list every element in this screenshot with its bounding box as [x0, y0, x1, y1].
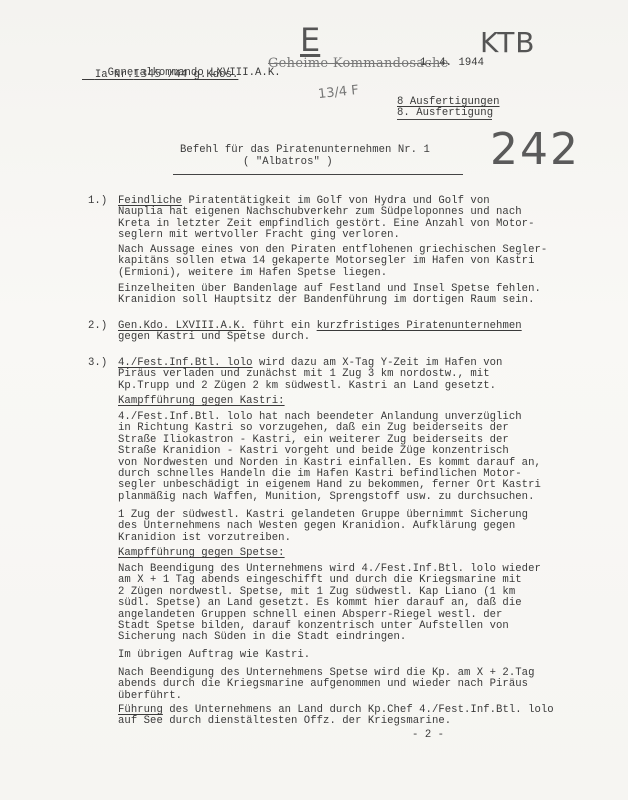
text-line: des Unternehmens nach Westen gegen Krani… [118, 520, 515, 532]
text-line: Nauplia hat eigenen Nachschubverkehr zum… [118, 206, 522, 218]
text-line: Straße Kranidion - Kastri vorgeht und be… [118, 445, 509, 457]
section-2-text: Gen.Kdo. LXVIII.A.K. führt ein kurzfrist… [118, 321, 522, 344]
text-line: Piräus verladen und zunächst mit 1 Zug 3… [118, 368, 490, 380]
reference-number: 1345 [133, 67, 161, 80]
kastri-para-2: 1 Zug der südwestl. Kastri gelandeten Gr… [118, 510, 528, 544]
closing-paragraph: Führung des Unternehmens an Land durch K… [118, 705, 554, 728]
section-1-para-3: Einzelheiten über Bandenlage auf Festlan… [118, 284, 541, 307]
text-line: abends durch die Kriegsmarine aufgenomme… [118, 678, 528, 690]
text-line: Kranidion ist vorzutreiben. [118, 532, 291, 544]
reference-prefix: Ia Nr. [95, 69, 133, 81]
order-subtitle: ( "Albatros" ) [243, 157, 333, 168]
text-line: kapitäns sollen etwa 14 gekaperte Motors… [118, 255, 534, 267]
text-line: südl. Spetse) an Land gesetzt. Es kommt … [118, 597, 522, 609]
section-3-number: 3.) [88, 358, 107, 369]
section-1-para-1: Feindliche Piratentätigkeit im Golf von … [118, 196, 534, 242]
page-number: - 2 - [412, 730, 444, 741]
text-line: 2 Zügen nordwestl. Spetse, mit 1 Zug süd… [118, 586, 515, 598]
copy-number: 8. Ausfertigung [397, 108, 493, 119]
section-1-lead: Feindliche [118, 195, 182, 207]
section-2-number: 2.) [88, 321, 107, 332]
document-date: 1. 4. 1944 [420, 58, 484, 69]
handwritten-note: 13/4 F [317, 83, 359, 102]
text-line: 1 Zug der südwestl. Kastri gelandeten Gr… [118, 509, 528, 521]
text-line: wird dazu am X-Tag Y-Zeit im Hafen von [253, 357, 503, 369]
spetse-para-3: Nach Beendigung des Unternehmens Spetse … [118, 668, 534, 702]
closing-lead: Führung [118, 704, 163, 716]
text-line: Im übrigen Auftrag wie Kastri. [118, 649, 310, 661]
text-line: Einzelheiten über Bandenlage auf Festlan… [118, 283, 541, 295]
text-line: auf See durch dienstältesten Offz. der K… [118, 715, 451, 727]
reference-suffix: /44 g.Kdos. [168, 69, 238, 81]
text-line: segler unbeschädigt in eigenem Hand zu b… [118, 479, 541, 491]
text-line: überführt. [118, 690, 182, 702]
text-line: seglern mit wertvoller Fracht ging verlo… [118, 229, 400, 241]
handwritten-page-mark: 242 [490, 128, 580, 172]
handwritten-e: E [300, 24, 320, 56]
text-line: planmäßig nach Waffen, Munition, Sprengs… [118, 491, 534, 503]
text-line: Nach Beendigung des Unternehmens Spetse … [118, 667, 534, 679]
document-page: Generalkommando LXVIII.A.K. Ia Nr.1345 /… [0, 0, 628, 800]
text-line: von Nordwesten und Norden in Kastri einf… [118, 457, 541, 469]
text-fragment: führt ein [246, 320, 316, 332]
order-title: Befehl für das Piratenunternehmen Nr. 1 [180, 145, 430, 156]
text-fragment: kurzfristiges Piratenunternehmen [317, 320, 522, 332]
text-line: Nach Beendigung des Unternehmens wird 4.… [118, 563, 541, 575]
section-3-intro: 4./Fest.Inf.Btl. lolo wird dazu am X-Tag… [118, 358, 502, 392]
text-line: Kranidion soll Hauptsitz der Bandenführu… [118, 294, 534, 306]
text-line: Sicherung nach Süden in die Stadt eindri… [118, 631, 406, 643]
copy-underline [397, 119, 492, 120]
text-line: Nach Aussage eines von den Piraten entfl… [118, 244, 547, 256]
text-line: Piratentätigkeit im Golf von Hydra und G… [182, 195, 490, 207]
text-line: gegen Kastri und Spetse durch. [118, 331, 310, 343]
text-line: Stadt Spetse bilden, darauf konzentrisch… [118, 620, 509, 632]
text-line: des Unternehmens an Land durch Kp.Chef 4… [163, 704, 554, 716]
section-2-lead: Gen.Kdo. LXVIII.A.K. [118, 320, 246, 332]
text-line: Kreta in letzter Zeit empfindlich gestör… [118, 218, 534, 230]
kastri-para-1: 4./Fest.Inf.Btl. lolo hat nach beendeter… [118, 412, 541, 503]
text-line: durch schnelles Handeln die im Hafen Kas… [118, 468, 522, 480]
reference-line: Ia Nr.1345 /44 g.Kdos. [82, 68, 238, 81]
heading-kastri: Kampfführung gegen Kastri: [118, 396, 285, 407]
spetse-para-1: Nach Beendigung des Unternehmens wird 4.… [118, 564, 541, 644]
section-1-number: 1.) [88, 196, 107, 207]
handwritten-ktb: KTB [480, 28, 536, 58]
text-line: Straße Iliokastron - Kastri, ein weitere… [118, 434, 509, 446]
text-line: 4./Fest.Inf.Btl. lolo hat nach beendeter… [118, 411, 522, 423]
text-line: angelandeten Gruppen schnell einen Abspe… [118, 609, 502, 621]
heading-spetse: Kampfführung gegen Spetse: [118, 548, 285, 559]
text-line: in Richtung Kastri so vorzugehen, daß ei… [118, 422, 509, 434]
section-3-lead: 4./Fest.Inf.Btl. lolo [118, 357, 253, 369]
text-line: (Ermioni), weitere im Hafen Spetse liege… [118, 267, 387, 279]
title-rule [173, 174, 463, 175]
text-line: am X + 1 Tag abends eingeschifft und dur… [118, 574, 522, 586]
section-1-para-2: Nach Aussage eines von den Piraten entfl… [118, 245, 547, 279]
spetse-para-2: Im übrigen Auftrag wie Kastri. [118, 650, 310, 661]
text-line: Kp.Trupp und 2 Zügen 2 km südwestl. Kast… [118, 380, 496, 392]
